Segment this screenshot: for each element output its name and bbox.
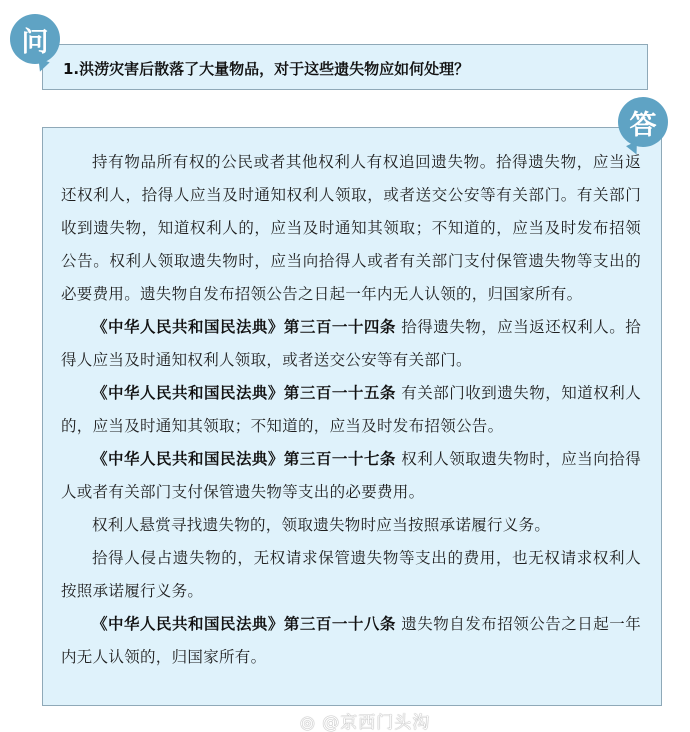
law-citation: 《中华人民共和国民法典》第三百一十五条: [92, 384, 396, 402]
answer-paragraph-7: 《中华人民共和国民法典》第三百一十八条 遗失物自发布招领公告之日起一年内无人认领…: [61, 608, 641, 674]
question-badge-icon: 问: [10, 14, 60, 64]
law-citation: 《中华人民共和国民法典》第三百一十七条: [92, 450, 396, 468]
answer-paragraph-6: 拾得人侵占遗失物的，无权请求保管遗失物等支出的费用，也无权请求权利人按照承诺履行…: [61, 542, 641, 608]
answer-paragraph-5: 权利人悬赏寻找遗失物的，领取遗失物时应当按照承诺履行义务。: [61, 509, 641, 542]
paragraph-text: 权利人悬赏寻找遗失物的，领取遗失物时应当按照承诺履行义务。: [92, 516, 550, 534]
paragraph-text: 持有物品所有权的公民或者其他权利人有权追回遗失物。拾得遗失物，应当返还权利人，拾…: [61, 153, 641, 303]
answer-paragraph-2: 《中华人民共和国民法典》第三百一十四条 拾得遗失物，应当返还权利人。拾得人应当及…: [61, 311, 641, 377]
watermark: ◎ @京西门头沟: [300, 708, 430, 732]
answer-badge-icon: 答: [618, 97, 668, 147]
question-box: 1.洪涝灾害后散落了大量物品，对于这些遗失物应如何处理？: [42, 44, 648, 90]
paragraph-text: 拾得人侵占遗失物的，无权请求保管遗失物等支出的费用，也无权请求权利人按照承诺履行…: [61, 549, 641, 600]
answer-paragraph-4: 《中华人民共和国民法典》第三百一十七条 权利人领取遗失物时，应当向拾得人或者有关…: [61, 443, 641, 509]
answer-paragraph-1: 持有物品所有权的公民或者其他权利人有权追回遗失物。拾得遗失物，应当返还权利人，拾…: [61, 146, 641, 311]
law-citation: 《中华人民共和国民法典》第三百一十四条: [92, 318, 396, 336]
answer-box: 持有物品所有权的公民或者其他权利人有权追回遗失物。拾得遗失物，应当返还权利人，拾…: [42, 127, 662, 706]
watermark-text: @京西门头沟: [322, 713, 430, 732]
question-text: 1.洪涝灾害后散落了大量物品，对于这些遗失物应如何处理？: [63, 58, 469, 79]
answer-paragraph-3: 《中华人民共和国民法典》第三百一十五条 有关部门收到遗失物，知道权利人的，应当及…: [61, 377, 641, 443]
law-citation: 《中华人民共和国民法典》第三百一十八条: [92, 615, 396, 633]
weibo-icon: ◎: [300, 713, 322, 732]
answer-content: 持有物品所有权的公民或者其他权利人有权追回遗失物。拾得遗失物，应当返还权利人，拾…: [61, 146, 641, 674]
